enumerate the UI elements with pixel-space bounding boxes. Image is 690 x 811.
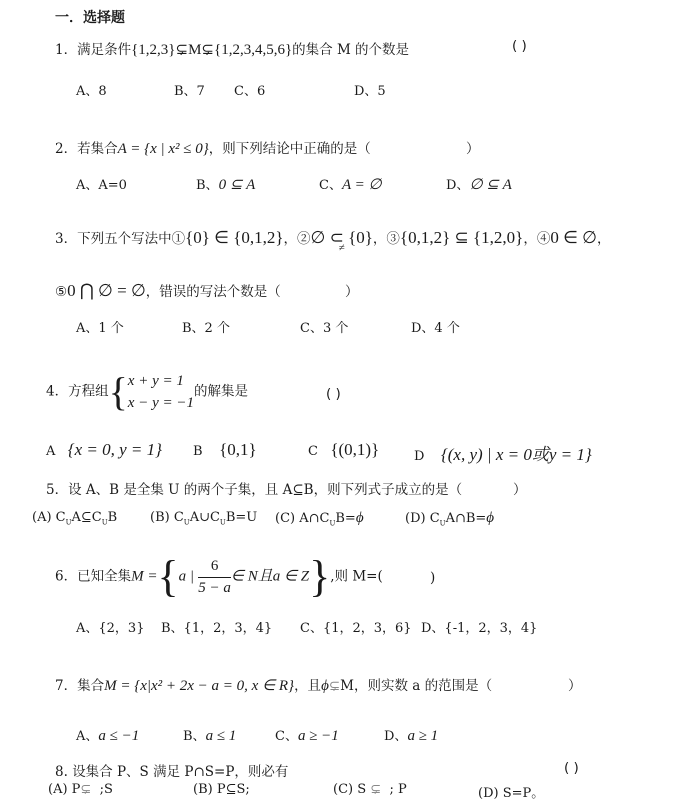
question-4: 4．方程组{x + y = 1x − y = −1的解集是 bbox=[46, 370, 248, 414]
item-math: {0} ∈ {0,1,2} bbox=[185, 228, 283, 247]
option-d: D、∅ ⊆ A bbox=[446, 174, 512, 194]
option-label: D bbox=[414, 449, 424, 464]
question-8: 8. 设集合 P、S 满足 P∩S=P，则必有 bbox=[55, 760, 288, 780]
left-brace: { bbox=[157, 555, 178, 599]
item-mark: ② bbox=[297, 231, 311, 247]
option-c: C、{1，2，3，6} bbox=[300, 617, 412, 636]
question-number: 5． bbox=[46, 482, 68, 498]
option-tail: ; P bbox=[389, 782, 406, 797]
option-text: A∩B= bbox=[446, 511, 487, 526]
option-label: B、 bbox=[183, 729, 206, 744]
option-math: a ≥ 1 bbox=[407, 728, 438, 744]
option-tail: ;S bbox=[100, 782, 113, 797]
option-label: (B) C bbox=[150, 510, 184, 525]
question-number: 6． bbox=[55, 569, 77, 585]
answer-blank: ( ) bbox=[564, 760, 579, 776]
option-d: (D) S=P。 bbox=[478, 782, 544, 801]
numerator: 6 bbox=[198, 558, 231, 578]
option-tail: B=U bbox=[226, 510, 257, 525]
question-1: 1．满足条件{1,2,3}⊊M⊊{1,2,3,4,5,6}的集合 M 的个数是 bbox=[55, 38, 409, 59]
option-math: {(0,1)} bbox=[330, 440, 379, 459]
question-number: 1． bbox=[55, 42, 77, 58]
option-b: B、7 bbox=[174, 80, 205, 99]
question-6: 6．已知全集M ={a | 65 − a∈ N且a ∈ Z},则 M=( bbox=[55, 555, 383, 599]
option-label: C、 bbox=[275, 729, 298, 744]
option-b: B {0,1} bbox=[193, 440, 257, 460]
proper-subset-symbol: ⊊ bbox=[201, 42, 214, 58]
question-stem: 满足条件 bbox=[77, 42, 131, 58]
question-stem: 集合 bbox=[77, 678, 104, 694]
question-3-line-2: ⑤0 ⋂ ∅ = ∅，错误的写法个数是（ bbox=[55, 280, 281, 301]
question-stem: 方程组 bbox=[68, 384, 109, 400]
question-number: 8. bbox=[55, 764, 68, 780]
right-brace: } bbox=[309, 555, 330, 599]
option-c: C、3 个 bbox=[300, 317, 348, 336]
question-stem: 下列五个写法中 bbox=[77, 231, 172, 247]
math-expression: A = {x | x² ≤ 0} bbox=[118, 141, 209, 157]
option-c: (C) A∩CUB=ϕ bbox=[275, 510, 364, 528]
question-stem: ，则实数 a 的范围是（ bbox=[354, 678, 492, 694]
question-stem: 设集合 P、S 满足 P∩S=P，则必有 bbox=[72, 764, 288, 780]
math-expression: M = {x|x² + 2x − a = 0, x ∈ R} bbox=[104, 678, 294, 694]
option-label: D、 bbox=[446, 178, 469, 193]
option-text: B= bbox=[335, 511, 355, 526]
option-label: A bbox=[46, 444, 55, 459]
option-d: D {(x, y) | x = 0或y = 1} bbox=[414, 440, 592, 465]
empty-set-symbol: ϕ bbox=[486, 510, 494, 526]
proper-subset-symbol: ⊊ bbox=[370, 782, 381, 797]
equation-1: x + y = 1 bbox=[128, 370, 194, 392]
set-var: a | bbox=[179, 569, 194, 585]
option-label: (D) C bbox=[405, 511, 440, 526]
option-b: B、{1，2，3，4} bbox=[161, 617, 272, 636]
not-equal-mark: ≠ bbox=[339, 242, 345, 254]
option-math: A = ∅ bbox=[342, 177, 382, 193]
answer-close: ） bbox=[568, 674, 582, 694]
option-a: A、a ≤ −1 bbox=[76, 725, 139, 745]
question-stem: 若集合 bbox=[77, 141, 118, 157]
item-mark: ① bbox=[172, 231, 186, 247]
empty-set-symbol: ϕ bbox=[356, 510, 364, 526]
answer-blank: ( ) bbox=[512, 38, 527, 54]
option-a: (A) P⊊ ;S bbox=[48, 782, 113, 797]
option-label: (C) S bbox=[333, 782, 366, 797]
denominator: 5 − a bbox=[198, 578, 231, 597]
item-math: ∅ ⊂ {0}≠ bbox=[311, 228, 373, 248]
option-text: A⊆C bbox=[72, 510, 102, 525]
proper-subset-symbol: ⊊ bbox=[80, 782, 91, 797]
option-label: (C) A∩C bbox=[275, 511, 329, 526]
option-math: a ≥ −1 bbox=[298, 728, 339, 744]
equation-2: x − y = −1 bbox=[128, 392, 194, 414]
set-condition: ∈ N且a ∈ Z bbox=[231, 569, 309, 585]
option-label: (A) P bbox=[48, 782, 80, 797]
option-math: ∅ ⊆ A bbox=[469, 177, 511, 193]
fraction: 65 − a bbox=[198, 558, 231, 597]
answer-close: ） bbox=[513, 478, 527, 498]
option-label: (A) C bbox=[32, 510, 66, 525]
item-mark: ④ bbox=[537, 231, 551, 247]
left-brace: { bbox=[109, 372, 128, 412]
option-b: B、2 个 bbox=[182, 317, 230, 336]
option-c: (C) S ⊊ ; P bbox=[333, 782, 407, 797]
question-number: 4． bbox=[46, 384, 68, 400]
option-a: A {x = 0, y = 1} bbox=[46, 440, 162, 460]
option-c: C {(0,1)} bbox=[308, 440, 379, 460]
question-5: 5．设 A、B 是全集 U 的两个子集，且 A⊆B，则下列式子成立的是（ bbox=[46, 478, 462, 498]
proper-subset-symbol: ⊊ bbox=[329, 678, 340, 694]
math-var: M bbox=[340, 678, 354, 694]
answer-close: ） bbox=[466, 137, 480, 157]
option-a: (A) CUA⊆CUB bbox=[32, 510, 117, 527]
option-label: B bbox=[193, 444, 203, 459]
math-lhs: M = bbox=[131, 569, 157, 585]
item-mark: ⑤ bbox=[55, 284, 67, 300]
question-stem: ，且 bbox=[294, 678, 321, 694]
option-math: a ≤ 1 bbox=[206, 728, 237, 744]
option-label: A、 bbox=[76, 729, 98, 744]
option-label: C bbox=[308, 444, 318, 459]
equation-system: x + y = 1x − y = −1 bbox=[128, 370, 194, 414]
option-label: C、 bbox=[319, 178, 342, 193]
option-text: A∪C bbox=[190, 510, 220, 525]
answer-blank: ( ) bbox=[326, 386, 341, 402]
empty-set-symbol: ϕ bbox=[321, 678, 329, 694]
answer-close: ) bbox=[430, 570, 435, 586]
option-a: A、{2，3} bbox=[76, 617, 144, 636]
option-b: B、a ≤ 1 bbox=[183, 725, 236, 745]
option-a: A、1 个 bbox=[76, 317, 124, 336]
question-number: 7． bbox=[55, 678, 77, 694]
math-set: {1,2,3,4,5,6} bbox=[214, 42, 292, 58]
option-b: B、0 ⊆ A bbox=[196, 174, 255, 194]
option-c: C、6 bbox=[234, 80, 265, 99]
question-2: 2．若集合A = {x | x² ≤ 0}，则下列结论中正确的是（ bbox=[55, 137, 371, 158]
item-mark: ③ bbox=[386, 231, 400, 247]
math-set: {1,2,3} bbox=[131, 42, 175, 58]
item-math: {0,1,2} ⊆ {1,2,0} bbox=[400, 228, 523, 247]
question-7: 7．集合M = {x|x² + 2x − a = 0, x ∈ R}，且ϕ⊊M，… bbox=[55, 674, 492, 695]
question-stem: ，错误的写法个数是（ bbox=[146, 284, 281, 300]
question-stem: 已知全集 bbox=[77, 569, 131, 585]
option-d: D、4 个 bbox=[411, 317, 460, 336]
question-stem: 的解集是 bbox=[194, 384, 248, 400]
option-d: D、a ≥ 1 bbox=[384, 725, 438, 745]
answer-close: ） bbox=[345, 280, 359, 300]
section-title: 一．选择题 bbox=[55, 7, 125, 27]
math-var: M bbox=[188, 42, 201, 58]
question-stem: 设 A、B 是全集 U 的两个子集，且 A⊆B，则下列式子成立的是（ bbox=[68, 482, 462, 498]
option-c: C、A = ∅ bbox=[319, 174, 382, 194]
question-stem: 的集合 M 的个数是 bbox=[292, 42, 409, 58]
option-d: D、{-1，2，3，4} bbox=[421, 617, 537, 636]
option-label: D、 bbox=[384, 729, 407, 744]
option-math: {0,1} bbox=[219, 440, 257, 459]
option-a: A、A=0 bbox=[76, 174, 127, 193]
option-math: a ≤ −1 bbox=[98, 728, 139, 744]
option-d: (D) CUA∩B=ϕ bbox=[405, 510, 494, 528]
option-b: (B) CUA∪CUB=U bbox=[150, 510, 257, 527]
option-math: {(x, y) | x = 0或y = 1} bbox=[441, 445, 592, 464]
question-3: 3．下列五个写法中①{0} ∈ {0,1,2}，②∅ ⊂ {0}≠，③{0,1,… bbox=[55, 227, 610, 248]
option-a: A、8 bbox=[76, 80, 107, 99]
option-d: D、5 bbox=[354, 80, 386, 99]
proper-subset-symbol: ⊊ bbox=[176, 42, 189, 58]
item-math: 0 ⋂ ∅ = ∅ bbox=[67, 281, 146, 300]
option-math: 0 ⊆ A bbox=[219, 177, 256, 193]
option-c: C、a ≥ −1 bbox=[275, 725, 339, 745]
option-b: (B) P⊆S; bbox=[193, 782, 250, 797]
question-stem: ，则下列结论中正确的是（ bbox=[209, 141, 371, 157]
question-number: 3． bbox=[55, 231, 77, 247]
question-number: 2． bbox=[55, 141, 77, 157]
item-math: 0 ∈ ∅ bbox=[550, 228, 597, 247]
option-math: {x = 0, y = 1} bbox=[68, 440, 162, 459]
question-stem: ,则 M=( bbox=[330, 569, 382, 585]
option-label: B、 bbox=[196, 178, 219, 193]
option-tail: B bbox=[108, 510, 118, 525]
